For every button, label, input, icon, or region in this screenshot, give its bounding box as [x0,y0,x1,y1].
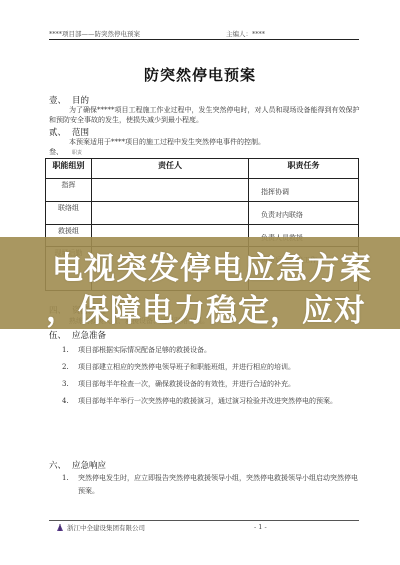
item-text: 项目部每半年举行一次突然停电的救援演习，通过演习检验并改进突然停电的预案。 [62,395,360,408]
col-header-group: 职能组别 [46,159,92,179]
item-text: 项目部每半年检查一次，确保救援设备的有效性，并进行合适的补充。 [62,378,360,391]
preparation-list: 1. 项目部根据实际情况配备足够的救援设备。 2. 项目部建立相应的突然停电领导… [62,344,360,412]
section-title: 应急准备 [72,331,106,341]
running-header: ****项目部——防突然停电预案 主编人：**** [49,29,359,40]
section-body-purpose: 为了确保*****项目工程施工作业过程中，发生突然停电时，对人员和现场设备能得到… [49,105,361,125]
item-number: 1. [62,344,69,357]
item-text: 项目部根据实际情况配备足够的救援设备。 [62,344,360,357]
response-list: 1. 突然停电发生时，应立即报告突然停电救援领导小组，突然停电救援领导小组启动突… [62,472,360,502]
item-text: 突然停电发生时，应立即报告突然停电救援领导小组，突然停电救援领导小组启动突然停电… [62,472,360,498]
cell-task: 指挥协调 [249,179,359,202]
document-title: 防突然停电预案 [0,64,400,85]
item-number: 2. [62,361,69,374]
header-editor: 主编人：**** [226,29,265,38]
section-title: 职责 [72,150,82,156]
footer-company-name: 浙江中全建设集团有限公司 [67,523,145,532]
section-title: 应急响应 [72,461,106,471]
col-header-task: 职责任务 [249,159,359,179]
section-body-scope: 本预案适用于****项目的施工过程中发生突然停电事件的控制。 [49,137,361,147]
company-logo-icon [57,524,63,531]
item-number: 3. [62,378,69,391]
page-footer: 浙江中全建设集团有限公司 - 1 - [49,520,359,534]
cell-group: 指挥 [46,179,92,202]
cell-group: 联络组 [46,202,92,225]
item-text: 项目部建立相应的突然停电领导班子和职能班组，并进行相应的培训。 [62,361,360,374]
section-number: 叁、 [49,147,72,157]
list-item: 1. 突然停电发生时，应立即报告突然停电救援领导小组，突然停电救援领导小组启动突… [62,472,360,498]
list-item: 3. 项目部每半年检查一次，确保救援设备的有效性，并进行合适的补充。 [62,378,360,391]
list-item: 2. 项目部建立相应的突然停电领导班子和职能班组，并进行相应的培训。 [62,361,360,374]
cell-person [92,179,249,202]
section-heading-response: 六、应急响应 [49,459,106,471]
document-page: ****项目部——防突然停电预案 主编人：**** 防突然停电预案 壹、目的 为… [0,0,400,565]
section-heading-preparation: 伍、应急准备 [49,329,106,341]
table-row: 联络组 负责对内联络 [46,202,359,225]
headline-line-2: ，保障电力稳定，应对 [46,285,400,330]
footer-page-number: - 1 - [254,523,267,531]
list-item: 1. 项目部根据实际情况配备足够的救援设备。 [62,344,360,357]
section-number: 伍、 [49,329,72,341]
col-header-person: 责任人 [92,159,249,179]
header-project-title: ****项目部——防突然停电预案 [49,29,140,38]
table-row: 指挥 指挥协调 [46,179,359,202]
item-number: 4. [62,395,69,408]
list-item: 4. 项目部每半年举行一次突然停电的救援演习，通过演习检验并改进突然停电的预案。 [62,395,360,408]
section-number: 六、 [49,459,72,471]
cell-task: 负责对内联络 [249,202,359,225]
table-header-row: 职能组别 责任人 职责任务 [46,159,359,179]
headline-line-1: 电视突发停电应急方案 [52,243,400,288]
item-number: 1. [62,472,69,485]
section-heading-duties: 叁、职责 [49,147,82,157]
cell-person [92,202,249,225]
